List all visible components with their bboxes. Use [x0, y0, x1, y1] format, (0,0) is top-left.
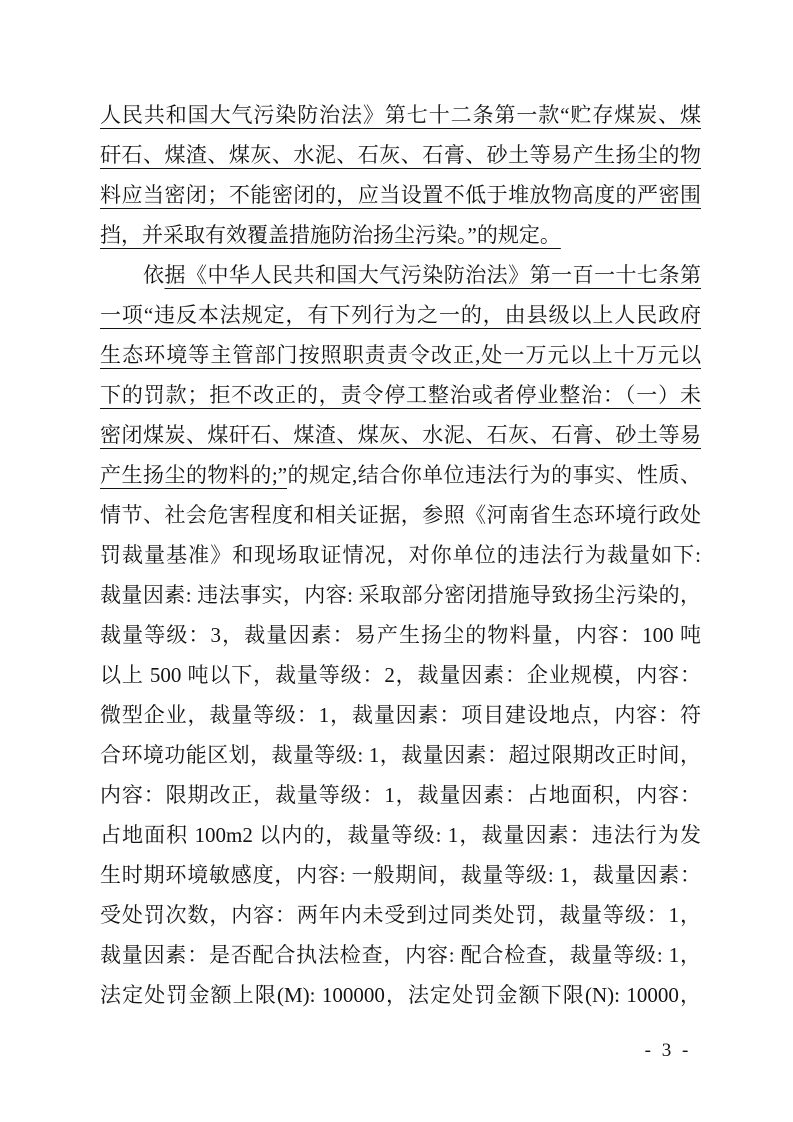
text-line-17: 合环境功能区划，裁量等级: 1，裁量因素：超过限期改正时间， — [100, 735, 701, 775]
underlined-text-segment: 挡，并采取有效覆盖措施防治扬尘污染。”的规定。 — [100, 223, 561, 247]
text-line-22: 裁量因素：是否配合执法检查，内容: 配合检查，裁量等级: 1， — [100, 935, 701, 975]
underlined-text-segment: 产生扬尘的物料的;” — [100, 463, 287, 487]
text-line-3: 料应当密闭；不能密闭的，应当设置不低于堆放物高度的严密围 — [100, 175, 701, 215]
underlined-text-segment: 据《中华人民共和国大气污染防治法》第一百一十七条第 — [164, 263, 701, 287]
text-segment: 的规定,结合你单位违法行为的事实、性质、 — [287, 463, 701, 487]
document-body: 人民共和国大气污染防治法》第七十二条第一款“贮存煤炭、煤矸石、煤渣、煤灰、水泥、… — [100, 95, 701, 1015]
document-page: 人民共和国大气污染防治法》第七十二条第一款“贮存煤炭、煤矸石、煤渣、煤灰、水泥、… — [0, 0, 793, 1122]
text-line-10: 产生扬尘的物料的;”的规定,结合你单位违法行为的事实、性质、 — [100, 455, 701, 495]
text-line-15: 以上 500 吨以下，裁量等级：2，裁量因素：企业规模，内容： — [100, 655, 701, 695]
text-line-11: 情节、社会危害程度和相关证据，参照《河南省生态环境行政处 — [100, 495, 701, 535]
text-line-23: 法定处罚金额上限(M): 100000，法定处罚金额下限(N): 10000， — [100, 975, 701, 1015]
text-line-6: 一项“违反本法规定，有下列行为之一的，由县级以上人民政府 — [100, 295, 701, 335]
underlined-text-segment: 料应当密闭；不能密闭的，应当设置不低于堆放物高度的严密围 — [100, 183, 701, 207]
text-line-8: 下的罚款；拒不改正的，责令停工整治或者停业整治：（一）未 — [100, 375, 701, 415]
text-segment: 占地面积 100m2 以内的，裁量等级: 1，裁量因素：违法行为发 — [100, 823, 701, 847]
text-line-5: 依据《中华人民共和国大气污染防治法》第一百一十七条第 — [100, 255, 701, 295]
page-number: - 3 - — [636, 1040, 700, 1062]
text-segment: 内容：限期改正，裁量等级：1，裁量因素：占地面积，内容： — [100, 783, 701, 807]
text-segment: 法定处罚金额上限(M): 100000，法定处罚金额下限(N): 10000， — [100, 983, 701, 1007]
text-segment: 受处罚次数，内容：两年内未受到过同类处罚，裁量等级：1， — [100, 903, 701, 927]
text-line-9: 密闭煤炭、煤矸石、煤渣、煤灰、水泥、石灰、石膏、砂土等易 — [100, 415, 701, 455]
underlined-text-segment: 密闭煤炭、煤矸石、煤渣、煤灰、水泥、石灰、石膏、砂土等易 — [100, 423, 701, 447]
text-segment: 依 — [143, 263, 164, 287]
text-segment: 情节、社会危害程度和相关证据，参照《河南省生态环境行政处 — [100, 503, 701, 527]
text-line-4: 挡，并采取有效覆盖措施防治扬尘污染。”的规定。 — [100, 215, 701, 255]
text-line-14: 裁量等级：3，裁量因素：易产生扬尘的物料量，内容：100 吨 — [100, 615, 701, 655]
text-line-18: 内容：限期改正，裁量等级：1，裁量因素：占地面积，内容： — [100, 775, 701, 815]
text-line-21: 受处罚次数，内容：两年内未受到过同类处罚，裁量等级：1， — [100, 895, 701, 935]
text-segment: 微型企业，裁量等级：1，裁量因素：项目建设地点，内容：符 — [100, 703, 701, 727]
text-line-1: 人民共和国大气污染防治法》第七十二条第一款“贮存煤炭、煤 — [100, 95, 701, 135]
text-segment: 罚裁量基准》和现场取证情况，对你单位的违法行为裁量如下: — [100, 543, 701, 567]
underlined-text-segment: 矸石、煤渣、煤灰、水泥、石灰、石膏、砂土等易产生扬尘的物 — [100, 143, 701, 167]
text-line-13: 裁量因素: 违法事实，内容: 采取部分密闭措施导致扬尘污染的， — [100, 575, 701, 615]
text-line-12: 罚裁量基准》和现场取证情况，对你单位的违法行为裁量如下: — [100, 535, 701, 575]
underlined-text-segment: 生态环境等主管部门按照职责责令改正,处一万元以上十万元以 — [100, 343, 701, 367]
text-segment: 裁量因素: 违法事实，内容: 采取部分密闭措施导致扬尘污染的， — [100, 583, 701, 607]
text-line-2: 矸石、煤渣、煤灰、水泥、石灰、石膏、砂土等易产生扬尘的物 — [100, 135, 701, 175]
text-segment: 裁量因素：是否配合执法检查，内容: 配合检查，裁量等级: 1， — [100, 943, 701, 967]
text-segment: 生时期环境敏感度，内容: 一般期间，裁量等级: 1，裁量因素： — [100, 863, 701, 887]
underlined-text-segment: 一项“违反本法规定，有下列行为之一的，由县级以上人民政府 — [100, 303, 701, 327]
text-line-7: 生态环境等主管部门按照职责责令改正,处一万元以上十万元以 — [100, 335, 701, 375]
text-segment: 以上 500 吨以下，裁量等级：2，裁量因素：企业规模，内容： — [100, 663, 701, 687]
text-line-16: 微型企业，裁量等级：1，裁量因素：项目建设地点，内容：符 — [100, 695, 701, 735]
text-segment: 合环境功能区划，裁量等级: 1，裁量因素：超过限期改正时间， — [100, 743, 701, 767]
underlined-text-segment: 下的罚款；拒不改正的，责令停工整治或者停业整治：（一）未 — [100, 383, 701, 407]
text-line-20: 生时期环境敏感度，内容: 一般期间，裁量等级: 1，裁量因素： — [100, 855, 701, 895]
text-line-19: 占地面积 100m2 以内的，裁量等级: 1，裁量因素：违法行为发 — [100, 815, 701, 855]
underlined-text-segment: 人民共和国大气污染防治法》第七十二条第一款“贮存煤炭、煤 — [100, 103, 701, 127]
text-segment: 裁量等级：3，裁量因素：易产生扬尘的物料量，内容：100 吨 — [100, 623, 701, 647]
